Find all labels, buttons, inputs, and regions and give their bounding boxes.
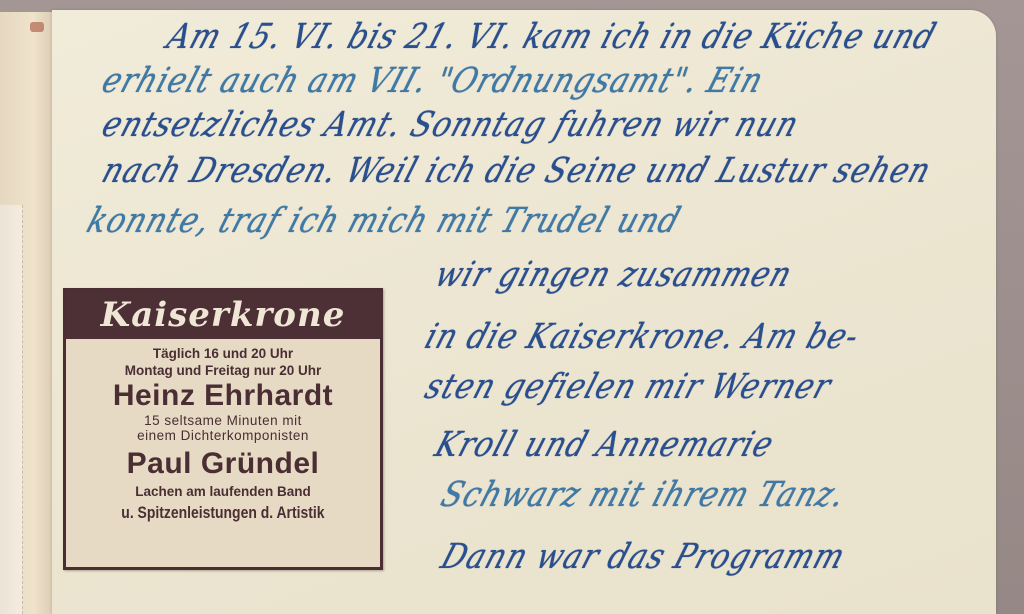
spine-mark [30,22,44,32]
handwritten-line: wir gingen zusammen [430,255,798,295]
handwritten-line: konnte, traf ich mich mit Trudel und [82,201,686,241]
handwritten-line: Kroll und Annemarie [430,425,779,465]
headliner-1: Heinz Ehrhardt [66,379,380,413]
clipping-footer: u. Spitzenleistungen d. Artistik [121,502,324,524]
handwritten-line: erhielt auch am VII. "Ordnungsamt". Ein [97,61,769,101]
clipping-banner: Kaiserkrone [66,291,380,339]
headliner-2: Paul Gründel [66,447,380,481]
photo-edge [0,205,23,614]
headliner-2-desc: Lachen am laufenden Band [66,483,380,500]
handwritten-line: Dann war das Programm [436,537,851,577]
handwritten-line: in die Kaiserkrone. Am be- [420,317,864,357]
schedule-daily: Täglich 16 und 20 Uhr [66,345,380,362]
headliner-1-desc: einem Dichterkomponisten [66,428,380,443]
schedule-special: Montag und Freitag nur 20 Uhr [66,362,380,379]
handwritten-line: nach Dresden. Weil ich die Seine und Lus… [97,151,936,191]
handwritten-line: Schwarz mit ihrem Tanz. [436,475,851,515]
newspaper-clipping: Kaiserkrone Täglich 16 und 20 Uhr Montag… [63,288,383,570]
handwritten-line: entsetzliches Amt. Sonntag fuhren wir nu… [97,105,804,145]
handwritten-line: sten gefielen mir Werner [420,367,837,407]
clipping-body: Täglich 16 und 20 Uhr Montag und Freitag… [66,339,380,524]
headliner-1-desc: 15 seltsame Minuten mit [66,413,380,428]
venue-logo: Kaiserkrone [101,295,346,335]
handwritten-line: Am 15. VI. bis 21. VI. kam ich in die Kü… [162,17,941,57]
